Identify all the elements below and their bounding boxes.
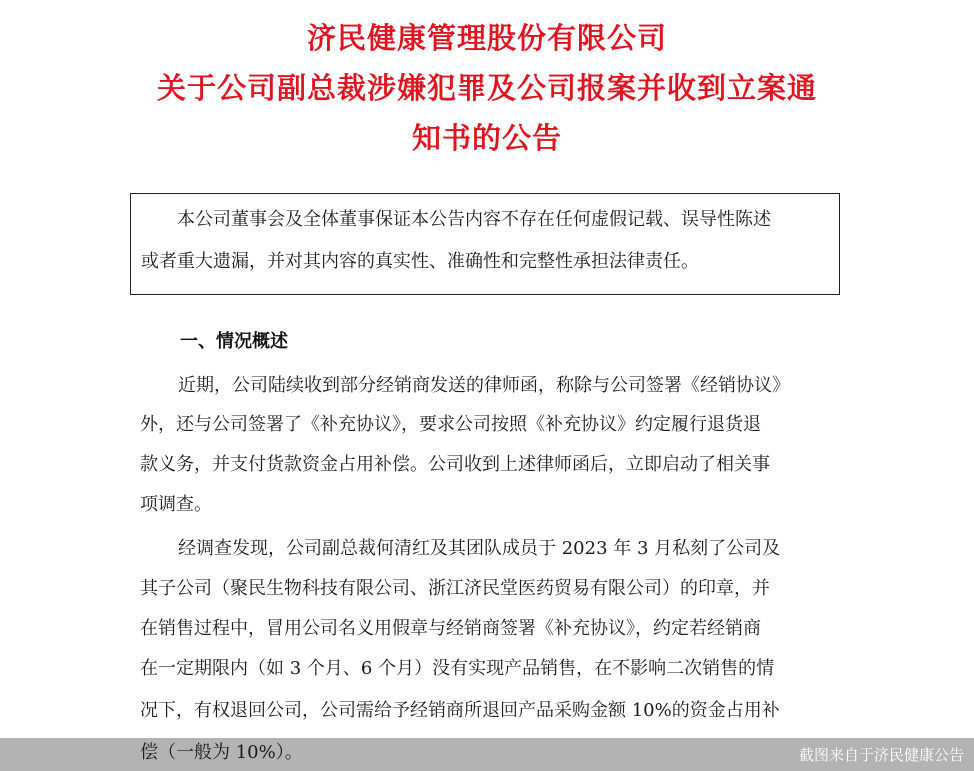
caption-source-text: 截图来自于济民健康公告	[799, 744, 964, 766]
paragraph-line: 外，还与公司签署了《补充协议》，要求公司按照《补充协议》约定履行退货退	[140, 413, 761, 437]
paragraph-line: 偿（一般为 10%）。	[140, 741, 303, 765]
paragraph-line: 款义务，并支付货款资金占用补偿。公司收到上述律师函后，立即启动了相关事	[140, 453, 770, 477]
notice-line-2: 或者重大遗漏，并对其内容的真实性、准确性和完整性承担法律责任。	[141, 250, 829, 274]
title-line-subject-end: 知书的公告	[0, 120, 974, 156]
paragraph-line: 在销售过程中，冒用公司名义用假章与经销商签署《补充协议》，约定若经销商	[140, 617, 761, 641]
paragraph-line: 项调查。	[140, 493, 212, 517]
paragraph-line: 经调查发现，公司副总裁何清红及其团队成员于 2023 年 3 月私刻了公司及	[178, 537, 780, 561]
paragraph-line: 在一定期限内（如 3 个月、6 个月）没有实现产品销售，在不影响二次销售的情	[140, 657, 774, 681]
paragraph-line: 其子公司（聚民生物科技有限公司、浙江济民堂医药贸易有限公司）的印章，并	[140, 577, 770, 601]
section-heading: 一、情况概述	[180, 330, 288, 354]
board-guarantee-notice-box: 本公司董事会及全体董事保证本公告内容不存在任何虚假记载、误导性陈述 或者重大遗漏…	[130, 193, 840, 295]
paragraph-line: 近期，公司陆续收到部分经销商发送的律师函，称除与公司签署《经销协议》	[178, 374, 790, 398]
title-line-subject: 关于公司副总裁涉嫌犯罪及公司报案并收到立案通	[0, 70, 974, 106]
paragraph-line: 况下，有权退回公司，公司需给予经销商所退回产品采购金额 10%的资金占用补	[140, 699, 780, 723]
title-line-company: 济民健康管理股份有限公司	[0, 20, 974, 56]
notice-line-1: 本公司董事会及全体董事保证本公告内容不存在任何虚假记载、误导性陈述	[141, 208, 829, 232]
